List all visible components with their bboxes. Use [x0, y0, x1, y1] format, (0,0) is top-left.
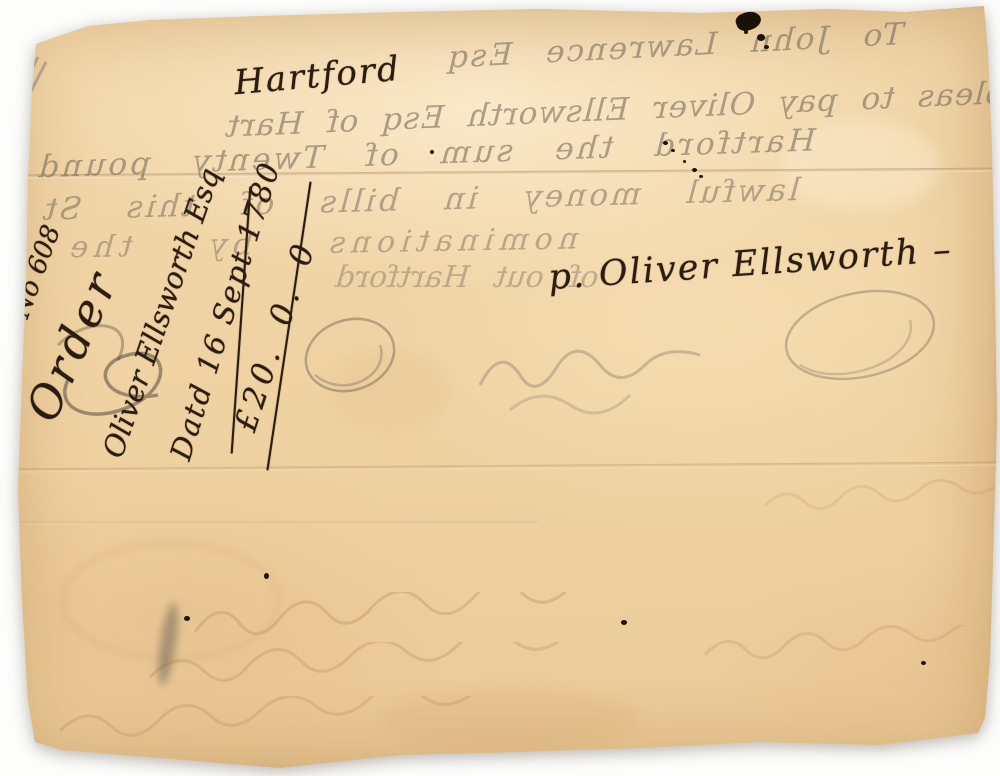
ink-speck — [430, 150, 434, 154]
ink-speck — [692, 168, 697, 172]
place-heading: Hartford — [233, 49, 403, 103]
pencil-scribble — [295, 305, 405, 405]
pencil-scribble — [770, 275, 950, 395]
ink-speck — [699, 175, 703, 178]
fold-crease-lower — [18, 462, 996, 473]
bleedthrough-line: To John Lawrence Esq — [443, 16, 908, 76]
scanned-document: To John Lawrence Esq pleas to pay Oliver… — [0, 0, 1000, 776]
pencil-corner-mark — [10, 52, 50, 102]
ink-speck — [744, 30, 748, 34]
ink-speck — [663, 141, 668, 145]
sepia-bleedthrough — [145, 642, 745, 702]
fold-crease-faint — [18, 521, 538, 525]
sepia-bleedthrough — [55, 696, 655, 756]
bleedthrough-line: nominations by the — [60, 222, 583, 266]
ink-speck — [264, 573, 269, 579]
manuscript-paper: To John Lawrence Esq pleas to pay Oliver… — [0, 0, 1000, 776]
bleedthrough-squiggle — [470, 325, 710, 425]
sepia-bleedthrough — [760, 478, 1000, 524]
ink-speck — [757, 34, 765, 41]
ink-speck — [683, 160, 686, 163]
ink-speck — [671, 149, 675, 152]
ink-speck — [921, 661, 926, 665]
ink-speck — [184, 616, 190, 621]
paper-shadow-wrap: To John Lawrence Esq pleas to pay Oliver… — [0, 0, 1000, 776]
ink-speck — [621, 620, 627, 625]
ink-speck — [764, 45, 769, 49]
sepia-bleedthrough — [700, 625, 980, 675]
